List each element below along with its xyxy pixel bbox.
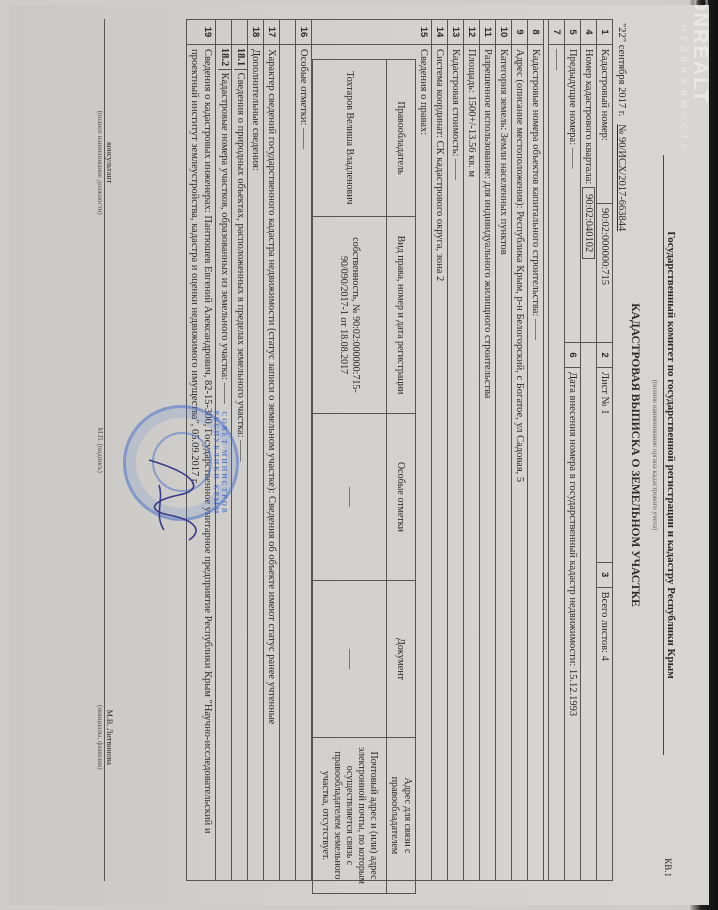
table-row: 4 Номер кадастрового квартала: 90:02:040… [581,20,597,881]
table-row: 12Площадь: 1500+/-13.56 кв. м [464,20,480,881]
row-number: 5 [565,20,581,45]
table-row: 8Кадастровые номера объектов капитальног… [528,20,544,881]
permitted-use: Разрешенное использование: для индивидуа… [480,45,496,881]
cadastral-number-value: 90:02:000000:715 [597,204,613,343]
cadastral-number-label: Кадастровый номер: [597,45,613,204]
document-title: КАДАСТРОВАЯ ВЫПИСКА О ЗЕМЕЛЬНОМ УЧАСТКЕ [629,155,641,755]
signature-scribble-icon [139,455,209,545]
document-page: ONREALTНЕДВИЖИМОСТЬ КВ.1 Государственный… [9,5,709,905]
row-number: 4 [581,20,597,45]
cadastral-table: 1 Кадастровый номер: 90:02:000000:715 2 … [186,19,613,881]
organization-note: (полное наименование органа кадастрового… [651,155,659,755]
table-row: 10Категория земель: Земли населенных пун… [496,20,512,881]
capital-objects: Кадастровые номера объектов капитального… [528,45,544,881]
coordinate-system: Система координат: СК кадастрового округ… [432,45,448,881]
rights-document: —— [313,581,387,738]
table-row: 18Дополнительные сведения: [248,20,264,881]
registration-date: Дата внесения номера в государственный к… [565,368,581,881]
derived-parcels: Кадастровые номера участков, образованны… [219,73,230,404]
issue-date: "22" сентября 2017 г. [616,23,627,116]
rights-contact: Почтовый адрес и (или) адрес электронной… [313,738,387,894]
rights-header: Адрес для связи с правообладателем [387,738,416,894]
rights-table: Правообладатель Вид права, номер и дата … [312,59,416,894]
quarter-number: Номер кадастрового квартала: 90:02:04010… [581,45,597,343]
watermark: ONREALTНЕДВИЖИМОСТЬ [679,0,711,154]
table-row: 11Разрешенное использование: для индивид… [480,20,496,881]
signer-position: консультант [105,19,114,306]
sheet-number: Лист № 1 [597,368,613,563]
rights-notes: —— [313,414,387,581]
cadastral-value: Кадастровая стоимость: —— [448,45,464,881]
table-row: 14Система координат: СК кадастрового окр… [432,20,448,881]
table-row: 5 Предыдущие номера: —— 6 Дата внесения … [565,20,581,881]
table-row: 16Особые отметки: —— [296,20,312,881]
table-row: 7 —— [549,20,565,881]
total-sheets: Всего листов: 4 [597,587,613,880]
table-row: 9Адрес (описание местоположения): Респуб… [512,20,528,881]
table-row: 17Характер сведений государственного кад… [264,20,280,881]
date-line: "22" сентября 2017 г. № 90/ИСХ/2017-6638… [616,23,627,231]
rights-header: Правообладатель [387,60,416,217]
form-code: КВ.1 [663,858,673,877]
previous-numbers: Предыдущие номера: —— [565,45,581,343]
table-row: 13Кадастровая стоимость: —— [448,20,464,881]
special-notes: Особые отметки: —— [296,45,312,881]
row-number: 2 [597,343,613,368]
land-category: Категория земель: Земли населенных пункт… [496,45,512,881]
document-number: № 90/ИСХ/2017-663844 [616,124,627,231]
signer-name: М.В. Литвинова [105,594,114,881]
right-registration: собственность, № 90:02:000000:715-90/090… [313,217,387,414]
row-number: 6 [565,343,581,368]
row-number: 7 [549,20,565,45]
rights-section: Сведения о правах: Правообладатель Вид п… [312,45,432,881]
rights-header: Вид права, номер и дата регистрации [387,217,416,414]
rights-header: Документ [387,581,416,738]
record-status: Характер сведений государственного кадас… [264,45,280,881]
natural-objects: Сведения о природных объектах, расположе… [235,73,246,462]
signature-block: консультант М.В. Литвинова (полное наиме… [92,19,121,881]
address: Адрес (описание местоположения): Республ… [512,45,528,881]
rights-header: Особые отметки [387,414,416,581]
organization-name: Государственный комитет по государственн… [663,155,677,755]
row-number: 1 [597,20,613,45]
additional-info: Дополнительные сведения: [248,45,264,881]
rights-holder: Тохтаров Велиша Владленович [313,60,387,217]
row-number: 3 [597,562,613,587]
table-row: 15 Сведения о правах: Правообладатель Ви… [312,20,432,881]
area: Площадь: 1500+/-13.56 кв. м [464,45,480,881]
table-row: 1 Кадастровый номер: 90:02:000000:715 2 … [597,20,613,881]
